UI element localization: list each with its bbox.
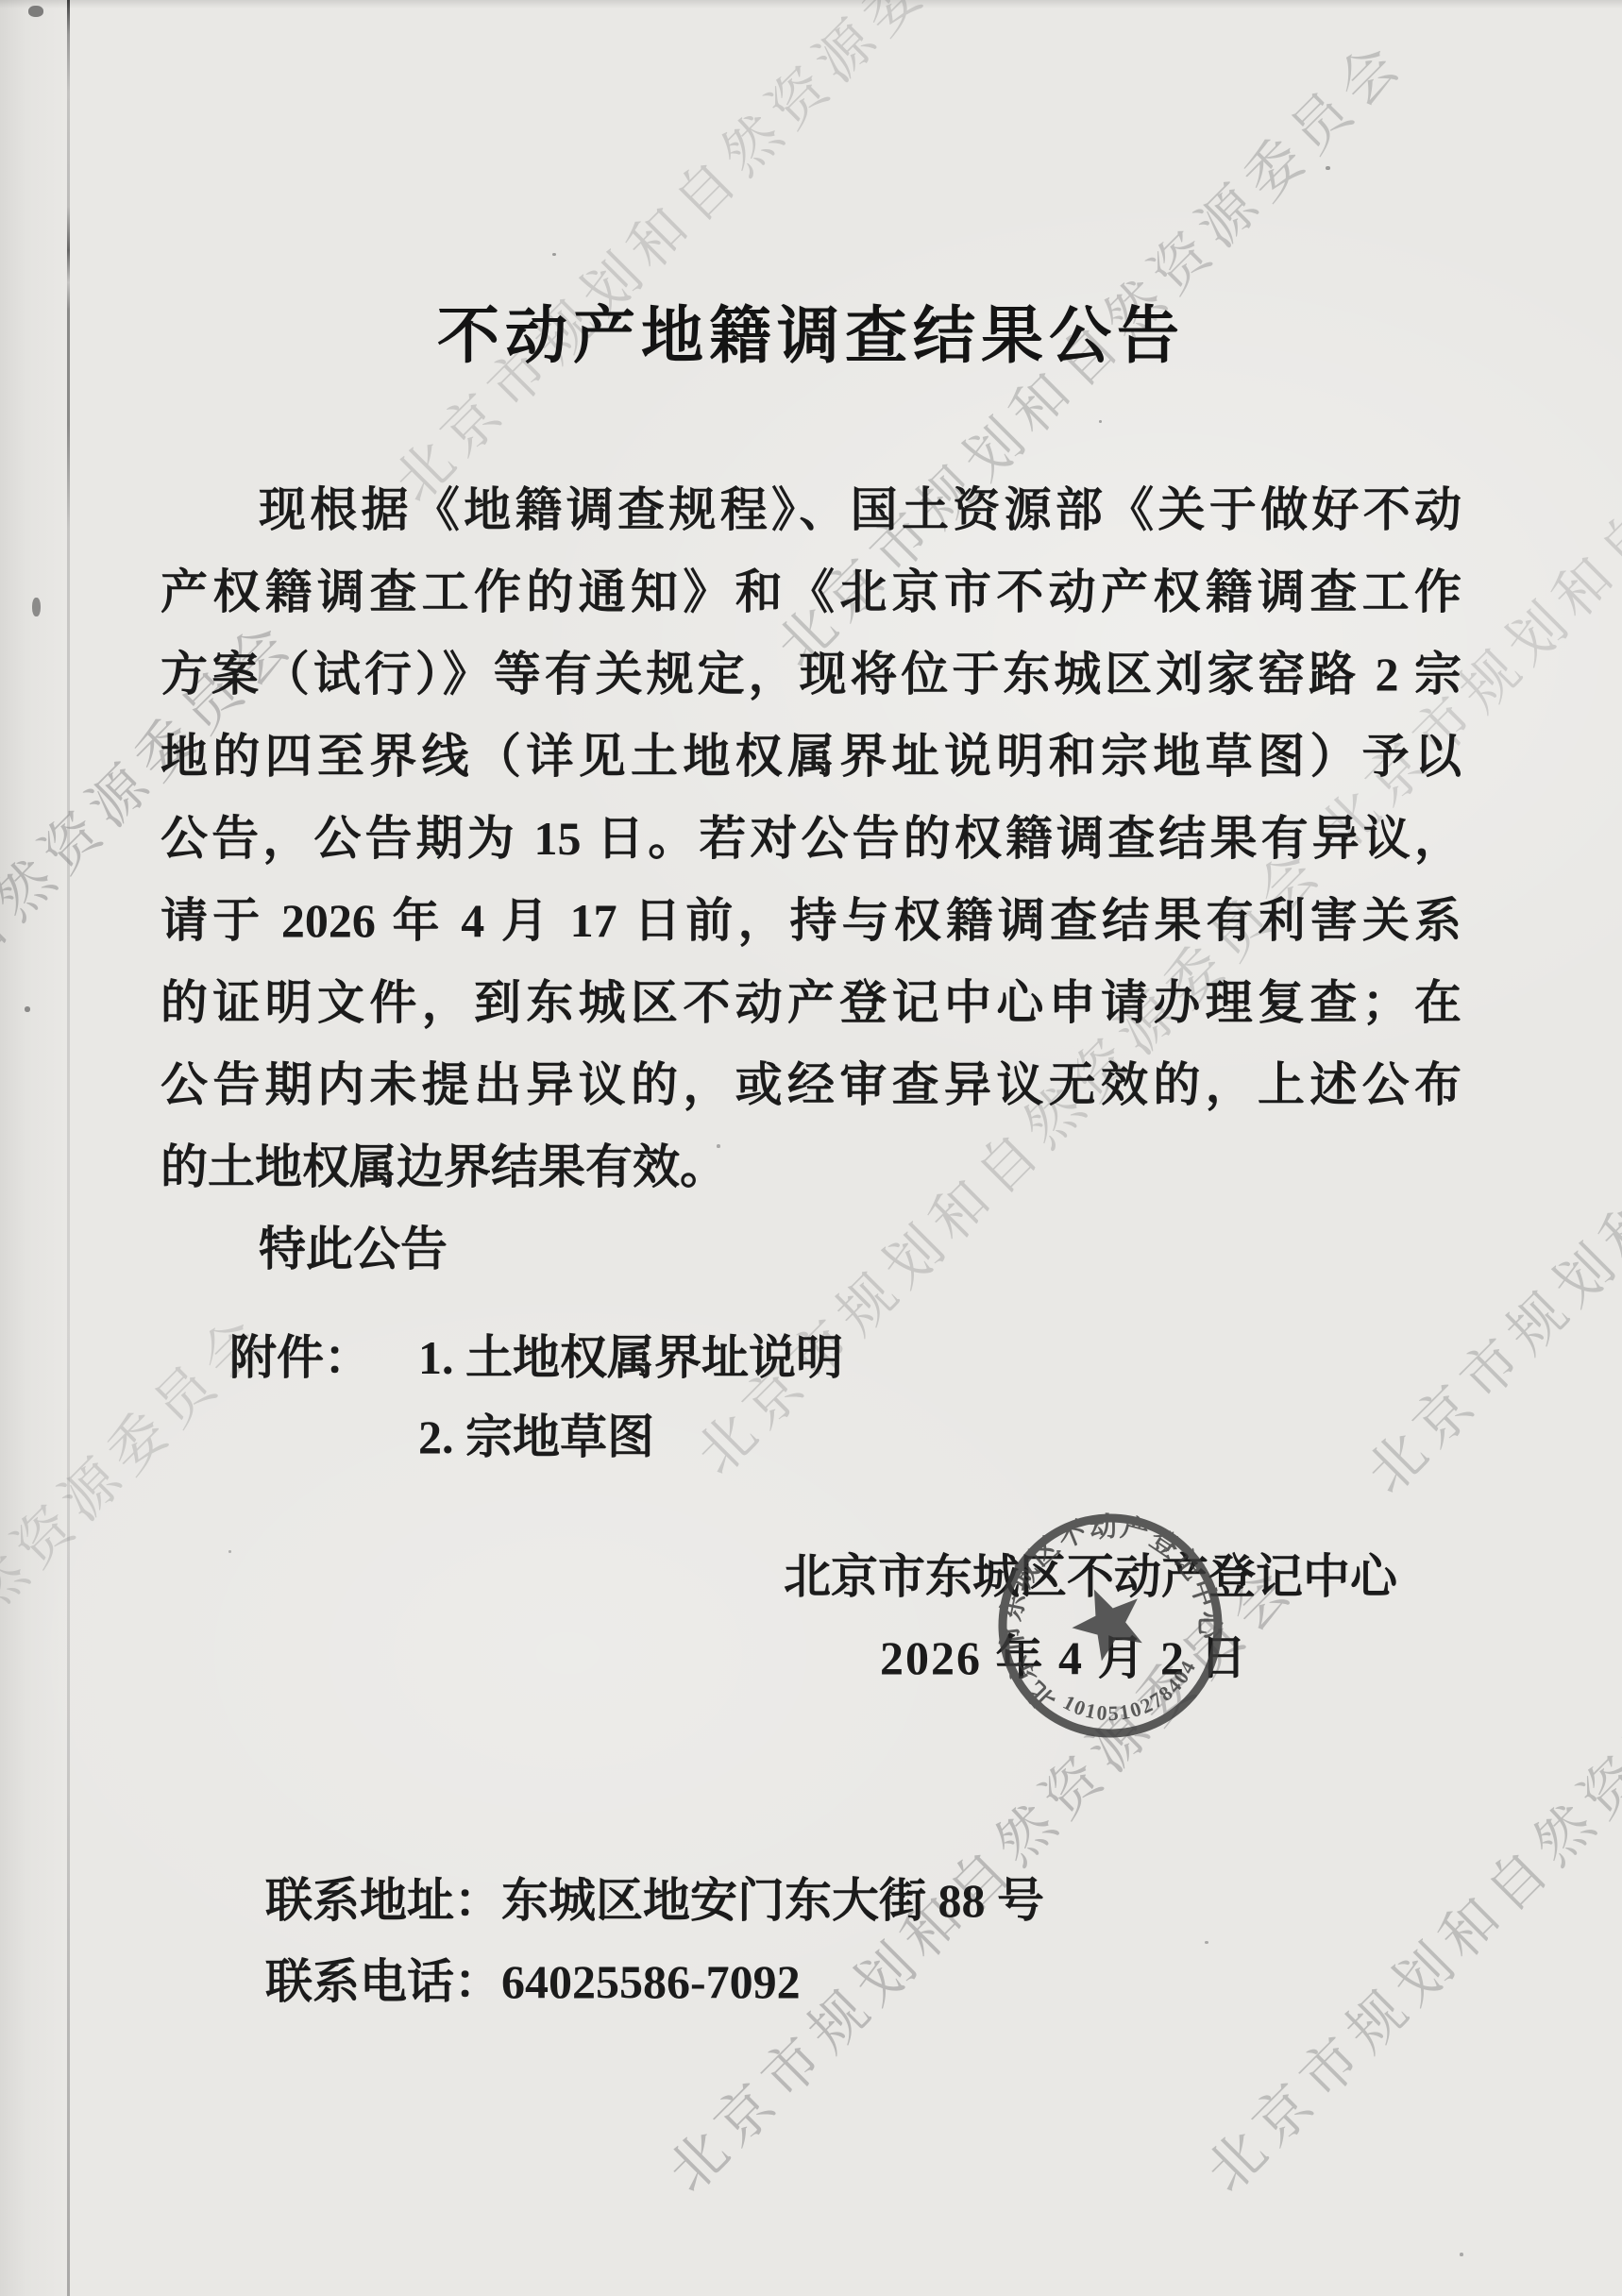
paper-speck <box>32 598 41 616</box>
watermark-text: 北京市规划和自然资源委员会 <box>1197 1555 1622 2203</box>
attachments-label: 附件： <box>229 1318 418 1397</box>
paper-speck <box>25 1006 30 1012</box>
seal-star-icon <box>1061 1575 1155 1666</box>
body-line: 现根据《地籍调查规程》、国土资源部《关于做好不动 <box>161 469 1461 551</box>
watermark-text: 北京市规划和自然资源委员会 <box>385 0 1033 512</box>
body-line: 地的四至界线（详见土地权属界址说明和宗地草图）予以 <box>161 716 1461 798</box>
attachments-list: 1. 土地权属界址说明 2. 宗地草图 <box>418 1318 843 1477</box>
body-line: 的证明文件，到东城区不动产登记中心申请办理复查；在 <box>161 962 1461 1044</box>
body-line: 请于 2026 年 4 月 17 日前，持与权籍调查结果有利害关系 <box>161 880 1461 962</box>
paper-speck <box>1205 1941 1208 1944</box>
attachments-block: 附件： 1. 土地权属界址说明 2. 宗地草图 <box>229 1318 843 1477</box>
body-line: 方案（试行）》等有关规定，现将位于东城区刘家窑路 2 宗 <box>161 633 1461 716</box>
body-line: 的土地权属边界结果有效。 <box>161 1126 1461 1208</box>
notice-title: 不动产地籍调查结果公告 <box>0 285 1622 375</box>
contact-phone: 联系电话：64025586-7092 <box>265 1941 1044 2022</box>
scanned-notice-page: 北京市规划和自然资源委员会 北京市规划和自然资源委员会 北京市规划和自然资源委员… <box>0 0 1622 2296</box>
paper-speck <box>1326 166 1330 170</box>
paper-speck <box>552 253 556 256</box>
paper-speck <box>1099 420 1102 423</box>
body-line: 公告，公告期为 15 日。若对公告的权籍调查结果有异议， <box>161 798 1461 880</box>
notice-body: 现根据《地籍调查规程》、国土资源部《关于做好不动 产权籍调查工作的通知》和《北京… <box>161 469 1461 1291</box>
attachment-item: 1. 土地权属界址说明 <box>418 1318 843 1397</box>
attachment-item: 2. 宗地草图 <box>418 1397 843 1477</box>
paper-speck <box>1460 2253 1463 2256</box>
contact-block: 联系地址：东城区地安门东大街 88 号 联系电话：64025586-7092 <box>265 1860 1044 2022</box>
body-line: 公告期内未提出异议的，或经审查异议无效的，上述公布 <box>161 1044 1461 1126</box>
closing-phrase: 特此公告 <box>161 1208 1461 1291</box>
paper-speck <box>28 6 43 17</box>
contact-address: 联系地址：东城区地安门东大街 88 号 <box>265 1860 1044 1941</box>
official-seal-stamp: 北京市东城区不动产登记中心 1010510278404 <box>948 1463 1272 1787</box>
body-line: 产权籍调查工作的通知》和《北京市不动产权籍调查工作 <box>161 551 1461 633</box>
scan-top-shadow <box>0 0 1622 8</box>
